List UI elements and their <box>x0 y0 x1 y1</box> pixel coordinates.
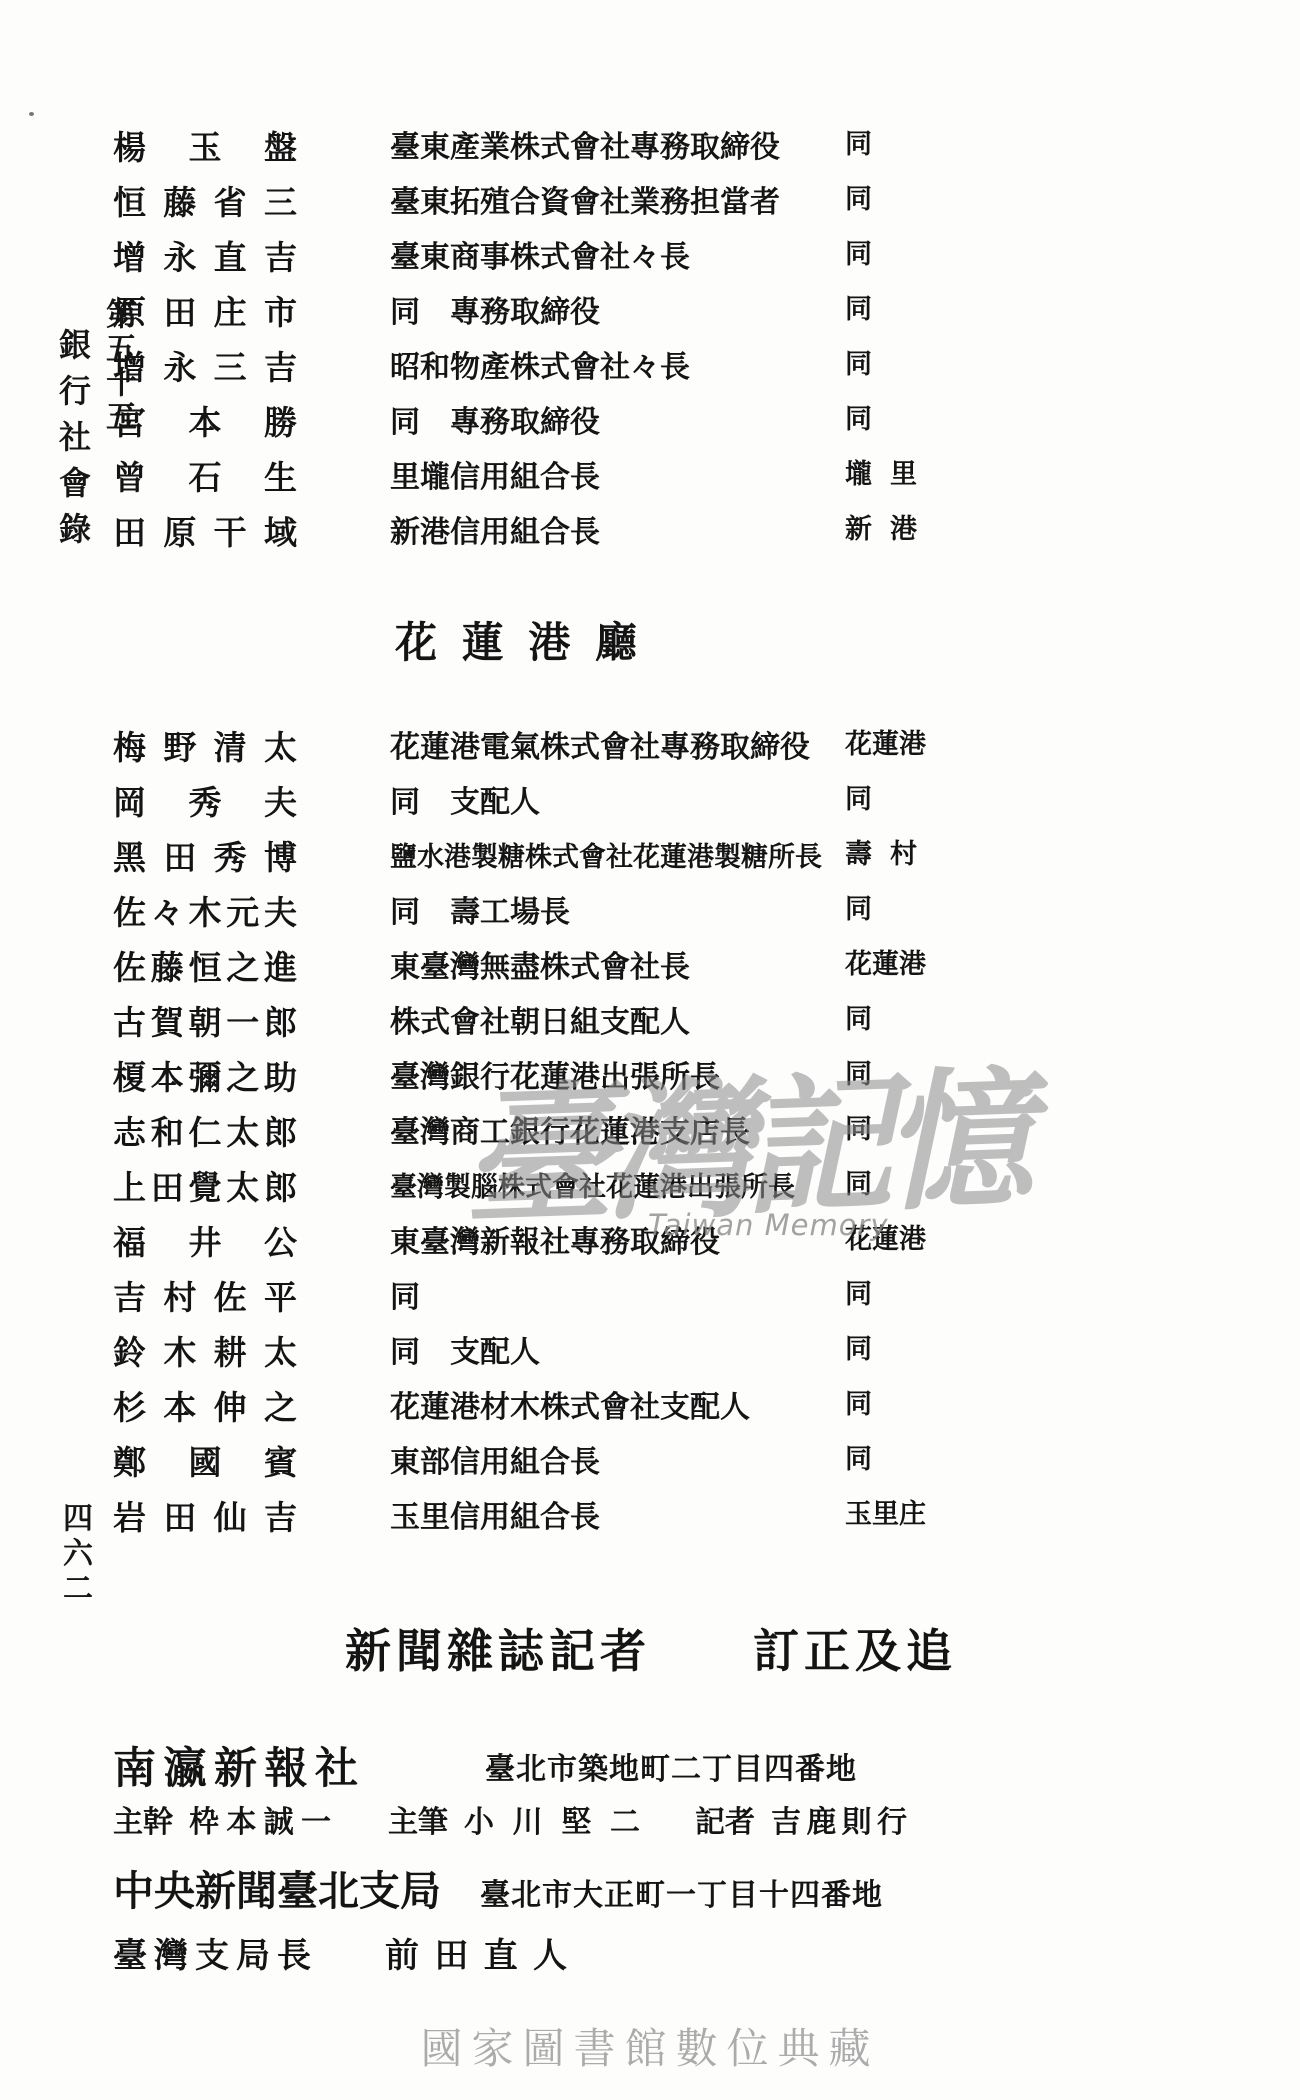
title-cell: 同 壽工場長 <box>390 887 570 931</box>
directory-row: 曾石生 里壠信用組合長 壠里 <box>0 452 1300 507</box>
name-cell: 黑田秀博 <box>113 832 297 879</box>
title-cell: 同 支配人 <box>390 777 540 821</box>
place-cell: 同 <box>845 122 917 161</box>
press-heading-main: 新聞雜誌記者 <box>345 1615 651 1681</box>
place-cell: 壽村 <box>845 832 917 871</box>
place-cell: 花蓮港 <box>845 1217 917 1256</box>
title-cell: 株式會社朝日組支配人 <box>390 997 690 1041</box>
staff-role: 記者 <box>695 1797 755 1841</box>
title-cell: 臺灣銀行花蓮港出張所長 <box>390 1052 720 1096</box>
directory-row: 吉村佐平 同 同 <box>0 1272 1300 1327</box>
directory-row: 恒藤省三 臺東拓殖合資會社業務担當者 同 <box>0 177 1300 232</box>
directory-row: 上田覺太郎 臺灣製腦株式會社花蓮港出張所長 同 <box>0 1162 1300 1217</box>
name-cell: 榎本彌之助 <box>113 1052 297 1099</box>
title-cell: 花蓮港材木株式會社支配人 <box>390 1382 750 1426</box>
name-cell: 增永三吉 <box>113 342 297 389</box>
title-cell: 花蓮港電氣株式會社專務取締役 <box>390 722 810 766</box>
name-cell: 杉本伸之 <box>113 1382 297 1429</box>
name-cell: 志和仁太郎 <box>113 1107 297 1154</box>
agency-name: 南瀛新報社 <box>113 1735 358 1796</box>
name-cell: 吉村佐平 <box>113 1272 297 1319</box>
title-cell: 新港信用組合長 <box>390 507 600 551</box>
title-cell: 臺東拓殖合資會社業務担當者 <box>390 177 780 221</box>
staff-name: 枠本誠一 <box>189 1797 331 1841</box>
directory-row: 增永三吉 昭和物產株式會社々長 同 <box>0 342 1300 397</box>
title-cell: 同 專務取締役 <box>390 287 600 331</box>
directory-row: 楊玉盤 臺東產業株式會社專務取締役 同 <box>0 122 1300 177</box>
name-cell: 鈴木耕太 <box>113 1327 297 1374</box>
directory-row: 榎本彌之助 臺灣銀行花蓮港出張所長 同 <box>0 1052 1300 1107</box>
place-cell: 同 <box>845 232 917 271</box>
place-cell: 同 <box>845 1162 917 1201</box>
staff-entry: 主幹 枠本誠一 <box>113 1797 331 1841</box>
title-cell: 同 <box>390 1272 420 1316</box>
name-cell: 宮本勝 <box>113 397 297 444</box>
place-cell: 玉里庄 <box>845 1492 917 1531</box>
directory-row: 福井公 東臺灣新報社專務取締役 花蓮港 <box>0 1217 1300 1272</box>
place-cell: 同 <box>845 397 917 436</box>
title-cell: 里壠信用組合長 <box>390 452 600 496</box>
staff-name: 小川堅二 <box>464 1797 640 1841</box>
directory-section-karenko: 梅野清太 花蓮港電氣株式會社專務取締役 花蓮港 岡秀夫 同 支配人 同 黑田秀博… <box>0 722 1300 1547</box>
title-cell: 臺東產業株式會社專務取締役 <box>390 122 780 166</box>
title-cell: 鹽水港製糖株式會社花蓮港製糖所長 <box>390 835 822 874</box>
staff-role: 主筆 <box>388 1797 448 1841</box>
title-cell: 臺東商事株式會社々長 <box>390 232 690 276</box>
name-cell: 田原干域 <box>113 507 297 554</box>
title-cell: 東臺灣新報社專務取締役 <box>390 1217 720 1261</box>
title-cell: 昭和物產株式會社々長 <box>390 342 690 386</box>
directory-row: 宮本勝 同 專務取締役 同 <box>0 397 1300 452</box>
staff-name: 前田直人 <box>385 1928 567 1977</box>
name-cell: 恒藤省三 <box>113 177 297 224</box>
section-heading-karenko: 花蓮港廳 <box>395 610 637 670</box>
staff-role: 臺灣支局長 <box>113 1928 318 1977</box>
directory-section-taito: 楊玉盤 臺東產業株式會社專務取締役 同 恒藤省三 臺東拓殖合資會社業務担當者 同… <box>0 122 1300 562</box>
place-cell: 花蓮港 <box>845 942 917 981</box>
directory-row: 梅野清太 花蓮港電氣株式會社專務取締役 花蓮港 <box>0 722 1300 777</box>
directory-row: 古賀朝一郎 株式會社朝日組支配人 同 <box>0 997 1300 1052</box>
directory-row: 黑田秀博 鹽水港製糖株式會社花蓮港製糖所長 壽村 <box>0 832 1300 887</box>
title-cell: 臺灣製腦株式會社花蓮港出張所長 <box>390 1165 795 1204</box>
place-cell: 同 <box>845 287 917 326</box>
place-cell: 花蓮港 <box>845 722 917 761</box>
place-cell: 同 <box>845 1052 917 1091</box>
place-cell: 同 <box>845 1107 917 1146</box>
directory-row: 志和仁太郎 臺灣商工銀行花蓮港支店長 同 <box>0 1107 1300 1162</box>
directory-row: 岡秀夫 同 支配人 同 <box>0 777 1300 832</box>
staff-entry: 主筆 小川堅二 <box>388 1797 640 1841</box>
scan-speck <box>29 112 34 116</box>
title-cell: 臺灣商工銀行花蓮港支店長 <box>390 1107 750 1151</box>
title-cell: 同 支配人 <box>390 1327 540 1371</box>
name-cell: 梅野清太 <box>113 722 297 769</box>
title-cell: 玉里信用組合長 <box>390 1492 600 1536</box>
name-cell: 鄭國賓 <box>113 1437 297 1484</box>
place-cell: 新港 <box>845 507 917 546</box>
watermark-national-library: 國家圖書館數位典藏 <box>420 2016 879 2076</box>
name-cell: 古賀朝一郎 <box>113 997 297 1044</box>
place-cell: 同 <box>845 1437 917 1476</box>
name-cell: 佐々木元夫 <box>113 887 297 934</box>
title-cell: 同 專務取締役 <box>390 397 600 441</box>
name-cell: 岩田仙吉 <box>113 1492 297 1539</box>
place-cell: 同 <box>845 342 917 381</box>
agency-address: 臺北市築地町二丁目四番地 <box>485 1744 857 1788</box>
directory-row: 佐々木元夫 同 壽工場長 同 <box>0 887 1300 942</box>
title-cell: 東部信用組合長 <box>390 1437 600 1481</box>
scanned-directory-page: 第五十五 銀行社會錄 四六二 楊玉盤 臺東產業株式會社專務取締役 同 恒藤省三 … <box>0 0 1300 2100</box>
name-cell: 佐藤恒之進 <box>113 942 297 989</box>
place-cell: 同 <box>845 887 917 926</box>
title-cell: 東臺灣無盡株式會社長 <box>390 942 690 986</box>
name-cell: 曾石生 <box>113 452 297 499</box>
name-cell: 原田庄市 <box>113 287 297 334</box>
name-cell: 福井公 <box>113 1217 297 1264</box>
name-cell: 楊玉盤 <box>113 122 297 169</box>
name-cell: 上田覺太郎 <box>113 1162 297 1209</box>
directory-row: 岩田仙吉 玉里信用組合長 玉里庄 <box>0 1492 1300 1547</box>
place-cell: 同 <box>845 1382 917 1421</box>
place-cell: 壠里 <box>845 452 917 491</box>
agency-name: 中央新聞臺北支局 <box>113 1858 441 1917</box>
agency-address: 臺北市大正町一丁目十四番地 <box>480 1870 883 1914</box>
staff-name: 吉鹿則行 <box>771 1797 907 1841</box>
directory-row: 鄭國賓 東部信用組合長 同 <box>0 1437 1300 1492</box>
staff-role: 主幹 <box>113 1797 173 1841</box>
directory-row: 佐藤恒之進 東臺灣無盡株式會社長 花蓮港 <box>0 942 1300 997</box>
directory-row: 鈴木耕太 同 支配人 同 <box>0 1327 1300 1382</box>
place-cell: 同 <box>845 177 917 216</box>
directory-row: 增永直吉 臺東商事株式會社々長 同 <box>0 232 1300 287</box>
name-cell: 增永直吉 <box>113 232 297 279</box>
directory-row: 原田庄市 同 專務取締役 同 <box>0 287 1300 342</box>
directory-row: 田原干域 新港信用組合長 新港 <box>0 507 1300 562</box>
press-heading-sub: 訂正及追 <box>753 1615 957 1681</box>
staff-entry: 記者 吉鹿則行 <box>695 1797 907 1841</box>
name-cell: 岡秀夫 <box>113 777 297 824</box>
place-cell: 同 <box>845 997 917 1036</box>
place-cell: 同 <box>845 777 917 816</box>
place-cell: 同 <box>845 1272 917 1311</box>
directory-row: 杉本伸之 花蓮港材木株式會社支配人 同 <box>0 1382 1300 1437</box>
place-cell: 同 <box>845 1327 917 1366</box>
